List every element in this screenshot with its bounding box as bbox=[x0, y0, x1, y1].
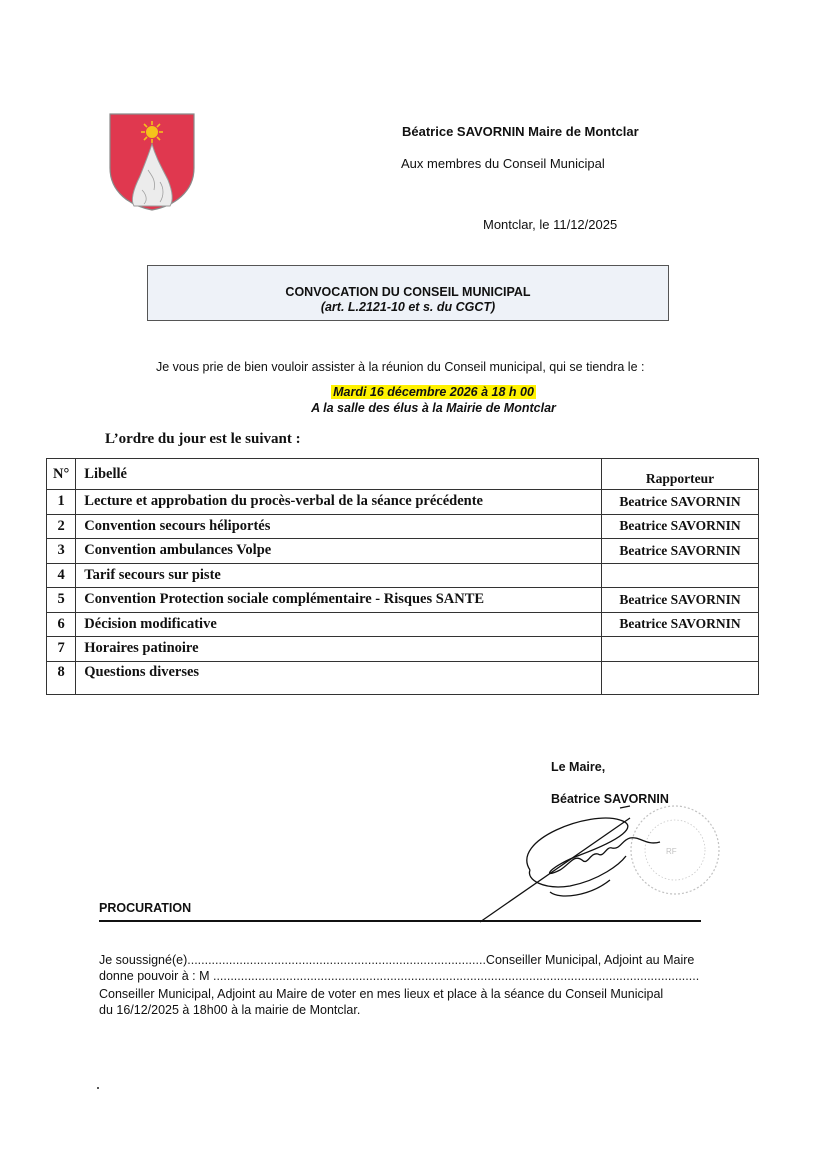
document-title: CONVOCATION DU CONSEIL MUNICIPAL bbox=[148, 285, 668, 299]
sender-name: Béatrice SAVORNIN Maire de Montclar bbox=[402, 124, 639, 139]
header-rapporteur: Rapporteur bbox=[602, 459, 759, 490]
agenda-row-label: Tarif secours sur piste bbox=[76, 563, 602, 588]
agenda-intro: L’ordre du jour est le suivant : bbox=[105, 431, 301, 448]
agenda-row: 2Convention secours héliportésBeatrice S… bbox=[47, 514, 759, 539]
agenda-row: 1Lecture et approbation du procès-verbal… bbox=[47, 490, 759, 515]
undersigned-fill-line[interactable]: ........................................… bbox=[187, 953, 486, 967]
procuration-line-4: du 16/12/2025 à 18h00 à la mairie de Mon… bbox=[99, 1002, 360, 1018]
procuration-divider bbox=[99, 920, 701, 922]
agenda-table: N° Libellé Rapporteur 1Lecture et approb… bbox=[46, 458, 759, 695]
agenda-row-rapporteur: Beatrice SAVORNIN bbox=[602, 514, 759, 539]
agenda-row: 4Tarif secours sur piste bbox=[47, 563, 759, 588]
meeting-date: Mardi 16 décembre 2026 à 18 h 00 bbox=[0, 385, 827, 399]
proxy-fill-line[interactable]: ........................................… bbox=[213, 969, 699, 983]
agenda-row-number: 5 bbox=[47, 588, 76, 613]
document-subtitle: (art. L.2121-10 et s. du CGCT) bbox=[148, 300, 668, 314]
official-stamp-icon: RF bbox=[631, 806, 719, 894]
signature-area: RF bbox=[470, 800, 730, 925]
agenda-row: 7Horaires patinoire bbox=[47, 637, 759, 662]
procuration-line-3: Conseiller Municipal, Adjoint au Maire d… bbox=[99, 986, 663, 1002]
agenda-row-rapporteur: Beatrice SAVORNIN bbox=[602, 588, 759, 613]
meeting-location: A la salle des élus à la Mairie de Montc… bbox=[0, 401, 827, 415]
agenda-row-rapporteur: Beatrice SAVORNIN bbox=[602, 612, 759, 637]
proxy-label: donne pouvoir à : M bbox=[99, 969, 213, 983]
agenda-row-number: 4 bbox=[47, 563, 76, 588]
agenda-row-number: 8 bbox=[47, 661, 76, 694]
meeting-date-highlight: Mardi 16 décembre 2026 à 18 h 00 bbox=[331, 385, 536, 399]
procuration-undersigned-label: Je soussigné(e) bbox=[99, 953, 187, 967]
agenda-row-rapporteur: Beatrice SAVORNIN bbox=[602, 539, 759, 564]
agenda-row: 8Questions diverses bbox=[47, 661, 759, 694]
header-label: Libellé bbox=[76, 459, 602, 490]
procuration-role-label: Conseiller Municipal, Adjoint au Maire bbox=[486, 953, 694, 967]
agenda-row-label: Lecture et approbation du procès-verbal … bbox=[76, 490, 602, 515]
agenda-header-row: N° Libellé Rapporteur bbox=[47, 459, 759, 490]
procuration-line-2: donne pouvoir à : M ....................… bbox=[99, 968, 699, 984]
agenda-row: 3Convention ambulances VolpeBeatrice SAV… bbox=[47, 539, 759, 564]
agenda-row-label: Convention ambulances Volpe bbox=[76, 539, 602, 564]
signature-title: Le Maire, bbox=[551, 760, 605, 774]
agenda-row-rapporteur bbox=[602, 661, 759, 694]
recipients: Aux membres du Conseil Municipal bbox=[401, 156, 605, 171]
invitation-text: Je vous prie de bien vouloir assister à … bbox=[156, 360, 644, 374]
agenda-row-number: 1 bbox=[47, 490, 76, 515]
handwritten-signature-icon bbox=[480, 806, 660, 922]
meeting-location-text: A la salle des élus à la Mairie de Montc… bbox=[311, 401, 556, 415]
scan-speck bbox=[97, 1087, 99, 1089]
place-date: Montclar, le 11/12/2025 bbox=[483, 217, 617, 232]
agenda-row-rapporteur: Beatrice SAVORNIN bbox=[602, 490, 759, 515]
agenda-row-label: Convention secours héliportés bbox=[76, 514, 602, 539]
agenda-row-label: Convention Protection sociale complément… bbox=[76, 588, 602, 613]
agenda-row-number: 3 bbox=[47, 539, 76, 564]
procuration-line-1: Je soussigné(e).........................… bbox=[99, 952, 694, 968]
coat-of-arms-icon bbox=[104, 110, 200, 212]
agenda-row-number: 7 bbox=[47, 637, 76, 662]
title-box: CONVOCATION DU CONSEIL MUNICIPAL (art. L… bbox=[147, 265, 669, 321]
agenda-row-rapporteur bbox=[602, 563, 759, 588]
agenda-row-rapporteur bbox=[602, 637, 759, 662]
agenda-row-label: Questions diverses bbox=[76, 661, 602, 694]
procuration-title: PROCURATION bbox=[99, 901, 191, 915]
header-number: N° bbox=[47, 459, 76, 490]
svg-text:RF: RF bbox=[666, 847, 677, 856]
agenda-row-label: Horaires patinoire bbox=[76, 637, 602, 662]
agenda-row-label: Décision modificative bbox=[76, 612, 602, 637]
agenda-row: 6Décision modificativeBeatrice SAVORNIN bbox=[47, 612, 759, 637]
agenda-row: 5Convention Protection sociale complémen… bbox=[47, 588, 759, 613]
agenda-row-number: 2 bbox=[47, 514, 76, 539]
agenda-row-number: 6 bbox=[47, 612, 76, 637]
